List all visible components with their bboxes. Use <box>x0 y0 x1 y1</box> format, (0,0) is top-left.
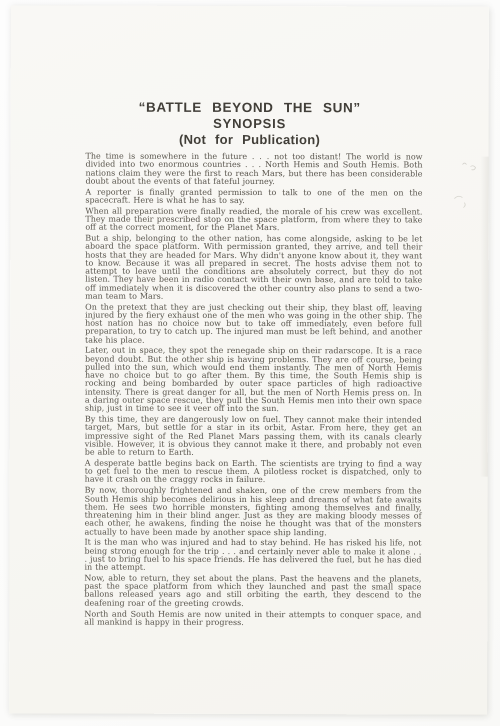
document-header: “BATTLE BEYOND THE SUN” SYNOPSIS (Not fo… <box>11 5 489 148</box>
synopsis-paragraph: The time is somewhere in the future . . … <box>85 153 422 187</box>
synopsis-paragraph: A reporter is finally granted permission… <box>85 188 422 205</box>
synopsis-paragraph: Later, out in space, they spot the reneg… <box>85 347 422 414</box>
synopsis-paragraph: By now, thoroughly frightened and shaken… <box>85 487 422 537</box>
synopsis-paragraph: When all preparation were finally readie… <box>85 207 422 233</box>
synopsis-paragraph: Now, able to return, they set about the … <box>84 575 421 609</box>
synopsis-paragraph: A desperate battle begins back on Earth.… <box>85 459 422 485</box>
scan-background: “BATTLE BEYOND THE SUN” SYNOPSIS (Not fo… <box>0 0 500 726</box>
document-title: “BATTLE BEYOND THE SUN” <box>11 99 489 116</box>
synopsis-text: The time is somewhere in the future . . … <box>84 153 422 631</box>
synopsis-paragraph: But a ship, belonging to the other natio… <box>85 235 422 302</box>
publication-note: (Not for Publication) <box>11 131 489 148</box>
pencil-mark-icon <box>444 159 486 221</box>
document-page: “BATTLE BEYOND THE SUN” SYNOPSIS (Not fo… <box>9 5 489 714</box>
synopsis-paragraph: By this time, they are dangerously low o… <box>85 416 422 458</box>
synopsis-paragraph: North and South Hemis are now united in … <box>84 610 421 627</box>
synopsis-paragraph: It is the man who was injured and had to… <box>84 539 421 573</box>
synopsis-paragraph: On the pretext that they are just checki… <box>85 303 422 345</box>
document-subtitle: SYNOPSIS <box>11 115 489 132</box>
